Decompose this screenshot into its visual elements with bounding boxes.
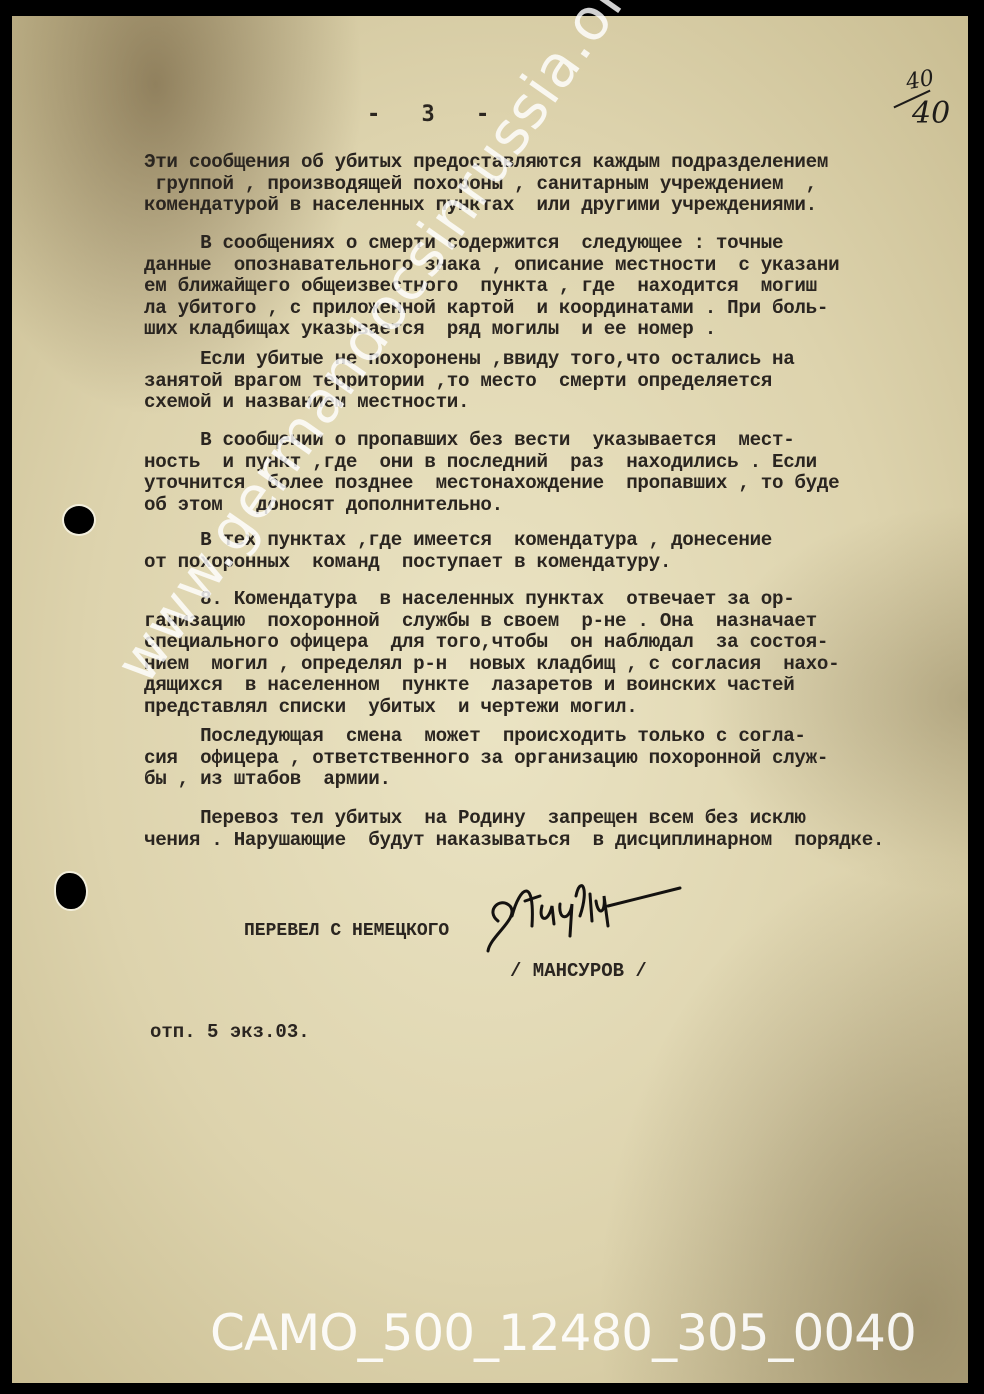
text-line: ем ближайщего общеизвестного пункта , гд…	[144, 276, 904, 298]
text-line: представлял списки убитых и чертежи моги…	[144, 697, 904, 719]
text-line: сия офицера , ответственного за организа…	[144, 748, 904, 770]
paragraph: 8. Комендатура в населенных пунктах отве…	[144, 589, 904, 718]
text-line: группой , производящей похороны , санита…	[144, 174, 904, 196]
text-line: 8. Комендатура в населенных пунктах отве…	[144, 589, 904, 611]
punch-hole-bottom	[56, 873, 86, 909]
text-line: Если убитые не похоронены ,ввиду того,чт…	[144, 349, 904, 371]
text-line: специального офицера для того,чтобы он н…	[144, 632, 904, 654]
text-line: схемой и названием местности.	[144, 392, 904, 414]
text-line: ла убитого , с приложенной картой и коор…	[144, 298, 904, 320]
text-line: от похоронных команд поступает в коменда…	[144, 552, 904, 574]
folio-old: 40	[904, 66, 936, 95]
text-line: Перевоз тел убитых на Родину запрещен вс…	[144, 808, 904, 830]
signatory-name: / МАНСУРОВ /	[510, 960, 647, 982]
paragraph: Последующая смена может происходить толь…	[144, 726, 904, 791]
text-line: данные опознавательного знака , описание…	[144, 255, 904, 277]
document-page: - 3 - 40 40 Эти сообщения об убитых пред…	[12, 16, 968, 1383]
text-line: ших кладбищах указывается ряд могилы и е…	[144, 319, 904, 341]
text-line: нием могил , определял р-н новых кладбищ…	[144, 654, 904, 676]
text-line: Последующая смена может происходить толь…	[144, 726, 904, 748]
paragraph: Если убитые не похоронены ,ввиду того,чт…	[144, 349, 904, 414]
translator-line: ПЕРЕВЕЛ С НЕМЕЦКОГО	[244, 921, 449, 941]
text-line: ганизацию похоронной службы в своем р-не…	[144, 611, 904, 633]
text-line: бы , из штабов армии.	[144, 769, 904, 791]
punch-hole-top	[64, 506, 94, 534]
paragraph: В сообщениях о смерти содержится следующ…	[144, 233, 904, 341]
paragraph: Перевоз тел убитых на Родину запрещен вс…	[144, 808, 904, 851]
text-line: В сообщениях о смерти содержится следующ…	[144, 233, 904, 255]
text-line: чения . Нарушающие будут наказываться в …	[144, 830, 904, 852]
archive-id: CAMO_500_12480_305_0040	[210, 1304, 916, 1362]
signature	[480, 866, 720, 956]
text-line: занятой врагом территории ,то место смер…	[144, 371, 904, 393]
folio-number: 40 40	[892, 68, 962, 138]
folio-new: 40	[912, 96, 950, 131]
text-line: дящихся в населенном пункте лазаретов и …	[144, 675, 904, 697]
copies-note: отп. 5 экз.03.	[150, 1021, 310, 1043]
text-line: комендатурой в населенных пунктах или др…	[144, 195, 904, 217]
